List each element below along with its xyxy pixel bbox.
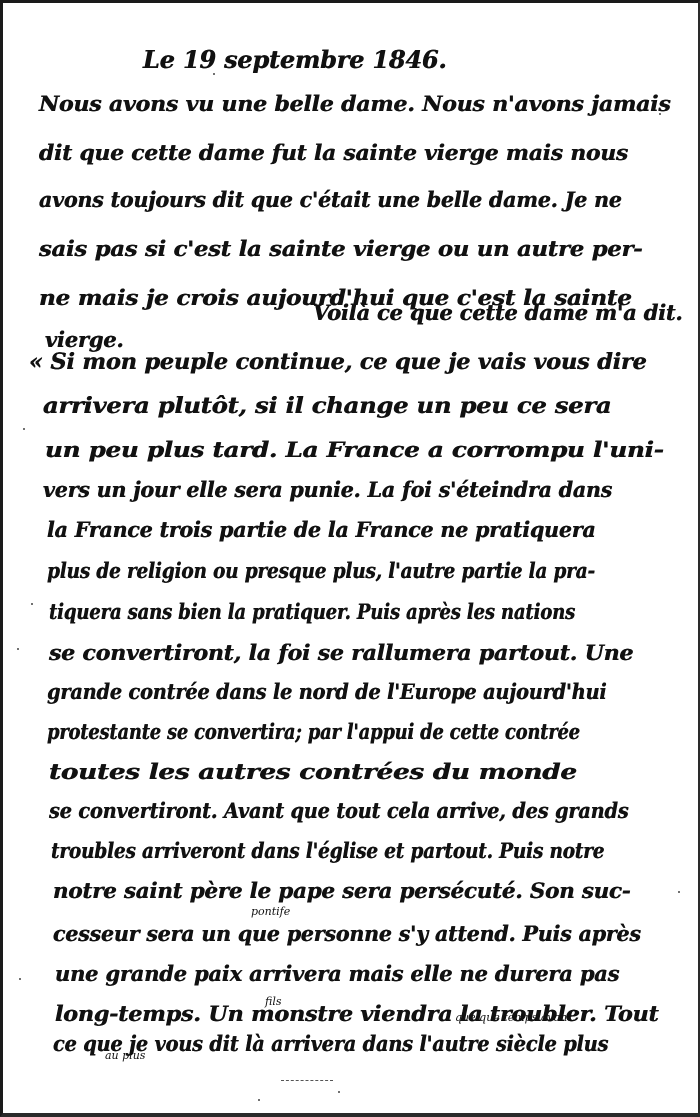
scan-speck [338,1091,340,1093]
insertion-quelque-temps: quelque temps avant. [455,1011,575,1024]
scan-speck [31,603,33,605]
manuscript-line: grande contrée dans le nord de l'Europe … [47,679,607,704]
manuscript-line: plus de religion ou presque plus, l'autr… [47,558,595,583]
manuscript-line: se convertiront. Avant que tout cela arr… [49,798,629,823]
manuscript-line: la France trois partie de la France ne p… [47,517,596,542]
manuscript-line: dit que cette dame fut la sainte vierge … [39,140,628,165]
manuscript-line: se convertiront, la foi se rallumera par… [49,640,633,665]
scan-speck [23,428,25,430]
scan-speck [213,73,215,75]
manuscript-line: « Si mon peuple continue, ce que je vais… [29,349,647,375]
manuscript-line: protestante se convertira; par l'appui d… [47,719,580,744]
manuscript-line: un peu plus tard. La France a corrompu l… [45,437,664,462]
manuscript-line: sais pas si c'est la sainte vierge ou un… [39,236,642,261]
scan-speck [659,113,661,115]
manuscript-line: vers un jour elle sera punie. La foi s'é… [43,477,612,502]
manuscript-line: tiquera sans bien la pratiquer. Puis apr… [49,599,575,624]
insertion-pontife: pontife [251,905,290,918]
insertion-fils: fils [265,995,282,1008]
manuscript-line: Voilà ce que cette dame m'a dit. [313,300,683,325]
manuscript-line: avons toujours dit que c'était une belle… [39,187,622,212]
insertion-au-plus: au plus [105,1049,145,1062]
manuscript-line: Nous avons vu une belle dame. Nous n'avo… [39,91,671,116]
manuscript-page: Le 19 septembre 1846. Nous avons vu une … [0,0,700,1117]
manuscript-line: arrivera plutôt, si il change un peu ce … [43,393,611,419]
date-heading: Le 19 septembre 1846. [143,45,447,74]
scan-dash [281,1080,333,1081]
scan-speck [19,978,21,980]
manuscript-line: toutes les autres contrées du monde [49,759,577,784]
scan-speck [678,891,680,893]
manuscript-line: notre saint père le pape sera persécuté.… [53,878,631,903]
manuscript-line: troubles arriveront dans l'église et par… [51,838,604,863]
scan-speck [17,648,19,650]
scan-speck [258,1099,260,1101]
manuscript-line: une grande paix arrivera mais elle ne du… [55,961,619,986]
manuscript-line: cesseur sera un que personne s'y attend.… [53,921,641,946]
